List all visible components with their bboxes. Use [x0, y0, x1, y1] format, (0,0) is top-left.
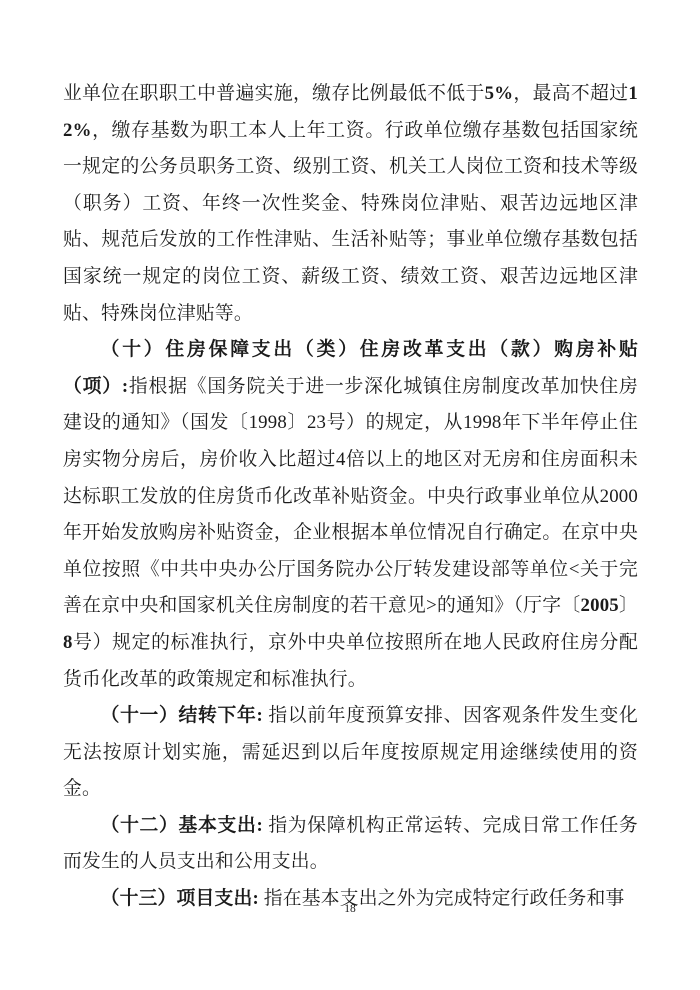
page-number: 18 — [0, 903, 700, 915]
document-page: 业单位在职职工中普遍实施，缴存比例最低不低于5%，最高不超过12%，缴存基数为职… — [0, 0, 700, 990]
text-segment: ，缴存基数为职工本人上年工资。行政单位缴存基数包括国家统一规定的公务员职务工资、… — [63, 120, 638, 324]
item-12-heading: （十二）基本支出: — [101, 815, 269, 836]
text-segment: 号）规定的标准执行，京外中央单位按照所在地人民政府住房分配货币化改革的政策规定和… — [63, 632, 638, 690]
text-segment: 指根据《国务院关于进一步深化城镇住房制度改革加快住房建设的通知》（国发〔1998… — [63, 376, 638, 617]
text-segment-bold: 5% — [485, 83, 514, 104]
paragraph-continuation: 业单位在职职工中普遍实施，缴存比例最低不低于5%，最高不超过12%，缴存基数为职… — [63, 76, 638, 332]
text-segment: ，最高不超过 — [513, 83, 628, 104]
paragraph-item-12: （十二）基本支出: 指为保障机构正常运转、完成日常工作任务而发生的人员支出和公用… — [63, 808, 638, 881]
text-segment: 〕 — [619, 595, 638, 616]
text-segment-bold: 2005 — [581, 595, 619, 616]
text-segment: 业单位在职职工中普遍实施，缴存比例最低不低于 — [63, 83, 485, 104]
paragraph-item-11: （十一）结转下年: 指以前年度预算安排、因客观条件发生变化无法按原计划实施，需延… — [63, 698, 638, 808]
text-segment-bold: 8 — [63, 632, 73, 653]
item-11-heading: （十一）结转下年: — [101, 705, 269, 726]
text-block: 业单位在职职工中普遍实施，缴存比例最低不低于5%，最高不超过12%，缴存基数为职… — [63, 76, 638, 918]
paragraph-item-10: （十）住房保障支出（类）住房改革支出（款）购房补贴（项）:指根据《国务院关于进一… — [63, 332, 638, 698]
